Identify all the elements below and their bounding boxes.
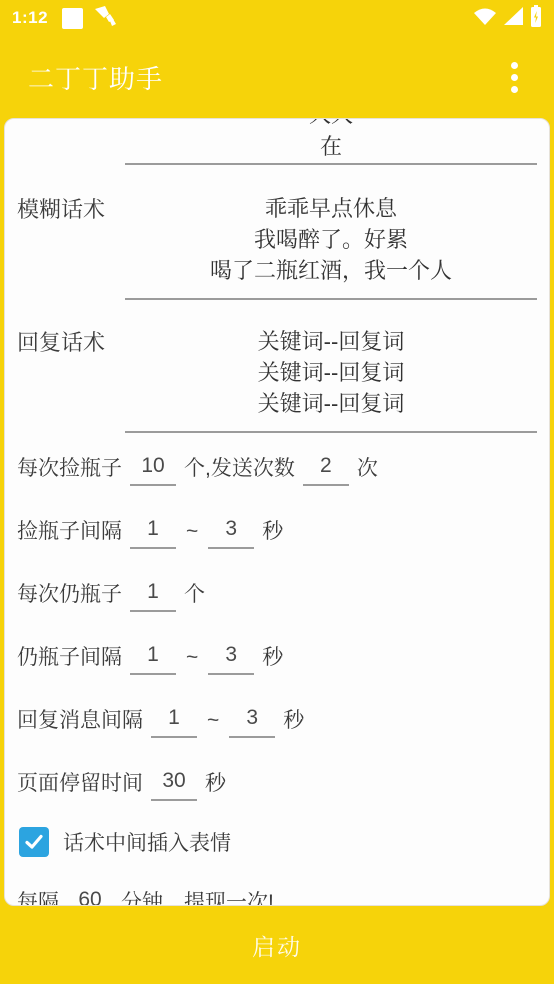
hand-touch-icon xyxy=(92,5,118,32)
screenshot-notification-icon xyxy=(62,8,83,29)
greeting-visible-line: 在 xyxy=(125,131,537,163)
fuzzy-script-row: 模糊话术 乖乖早点休息 我喝醉了。好累 喝了二瓶红酒，我一个人 xyxy=(17,193,537,300)
settings-card: 大大 在 模糊话术 乖乖早点休息 我喝醉了。好累 喝了二瓶红酒，我一个人 回复话… xyxy=(4,118,550,906)
fuzzy-script-label: 模糊话术 xyxy=(17,193,125,225)
overflow-dot xyxy=(511,74,518,81)
fuzzy-line-3: 喝了二瓶红酒，我一个人 xyxy=(125,255,537,286)
greeting-script-field[interactable]: 大大 在 xyxy=(125,119,537,165)
tilde-separator: ~ xyxy=(186,641,198,675)
app-screen: 1:12 xyxy=(0,0,554,984)
stay-time-input[interactable]: 30 xyxy=(151,764,197,801)
pick-interval-max-input[interactable]: 3 xyxy=(208,512,254,549)
throw-count-prefix: 每次仍瓶子 xyxy=(17,578,122,612)
emoji-checkbox[interactable] xyxy=(19,827,49,857)
reply-interval-row: 回复消息间隔 1 ~ 3 秒 xyxy=(17,701,537,738)
reply-interval-min-input[interactable]: 1 xyxy=(151,701,197,738)
fuzzy-line-1: 乖乖早点休息 xyxy=(125,193,537,224)
notification-icons xyxy=(62,5,118,32)
pick-count-suffix: 次 xyxy=(357,452,378,486)
clock: 1:12 xyxy=(12,8,48,28)
reply-script-label: 回复话术 xyxy=(17,326,125,358)
pick-count-mid: 个,发送次数 xyxy=(184,452,295,486)
reply-interval-max-input[interactable]: 3 xyxy=(229,701,275,738)
withdraw-suffix: 分钟，提现一次! xyxy=(121,886,274,906)
reply-line-3: 关键词--回复词 xyxy=(125,388,537,419)
reply-interval-prefix: 回复消息间隔 xyxy=(17,704,143,738)
tilde-separator: ~ xyxy=(186,515,198,549)
pick-interval-suffix: 秒 xyxy=(262,515,283,549)
throw-count-suffix: 个 xyxy=(184,578,205,612)
throw-interval-min-input[interactable]: 1 xyxy=(130,638,176,675)
stay-time-prefix: 页面停留时间 xyxy=(17,767,143,801)
start-button[interactable]: 启动 xyxy=(0,906,554,984)
stay-time-row: 页面停留时间 30 秒 xyxy=(17,764,537,801)
withdraw-interval-input[interactable]: 60 xyxy=(67,883,113,906)
stay-time-suffix: 秒 xyxy=(205,767,226,801)
overflow-dot xyxy=(511,86,518,93)
start-button-label: 启动 xyxy=(252,929,302,962)
reply-script-input[interactable]: 关键词--回复词 关键词--回复词 关键词--回复词 xyxy=(125,326,537,433)
overflow-menu-button[interactable] xyxy=(494,53,534,101)
throw-count-input[interactable]: 1 xyxy=(130,575,176,612)
throw-interval-suffix: 秒 xyxy=(262,641,283,675)
greeting-clipped-line: 大大 xyxy=(125,119,537,131)
withdraw-prefix: 每隔 xyxy=(17,886,59,906)
send-times-input[interactable]: 2 xyxy=(303,449,349,486)
pick-interval-min-input[interactable]: 1 xyxy=(130,512,176,549)
wifi-icon xyxy=(473,6,497,31)
pick-interval-row: 捡瓶子间隔 1 ~ 3 秒 xyxy=(17,512,537,549)
throw-interval-row: 仍瓶子间隔 1 ~ 3 秒 xyxy=(17,638,537,675)
page-title: 二丁丁助手 xyxy=(28,59,163,96)
reply-line-1: 关键词--回复词 xyxy=(125,326,537,357)
status-right-icons xyxy=(473,5,542,32)
overflow-dot xyxy=(511,62,518,69)
pick-interval-prefix: 捡瓶子间隔 xyxy=(17,515,122,549)
battery-charging-icon xyxy=(530,5,542,32)
throw-interval-max-input[interactable]: 3 xyxy=(208,638,254,675)
signal-icon xyxy=(503,6,524,31)
emoji-checkbox-label: 话术中间插入表情 xyxy=(63,827,231,857)
withdraw-row: 每隔 60 分钟，提现一次! xyxy=(17,883,537,906)
tilde-separator: ~ xyxy=(207,704,219,738)
reply-script-row: 回复话术 关键词--回复词 关键词--回复词 关键词--回复词 xyxy=(17,326,537,433)
reply-line-2: 关键词--回复词 xyxy=(125,357,537,388)
pick-count-input[interactable]: 10 xyxy=(130,449,176,486)
pick-count-row: 每次捡瓶子 10 个,发送次数 2 次 xyxy=(17,449,537,486)
throw-count-row: 每次仍瓶子 1 个 xyxy=(17,575,537,612)
emoji-checkbox-row: 话术中间插入表情 xyxy=(19,827,537,857)
fuzzy-script-input[interactable]: 乖乖早点休息 我喝醉了。好累 喝了二瓶红酒，我一个人 xyxy=(125,193,537,300)
app-bar: 二丁丁助手 xyxy=(0,36,554,118)
reply-interval-suffix: 秒 xyxy=(283,704,304,738)
throw-interval-prefix: 仍瓶子间隔 xyxy=(17,641,122,675)
fuzzy-line-2: 我喝醉了。好累 xyxy=(125,224,537,255)
checkmark-icon xyxy=(24,832,44,852)
status-bar: 1:12 xyxy=(0,0,554,36)
pick-count-prefix: 每次捡瓶子 xyxy=(17,452,122,486)
